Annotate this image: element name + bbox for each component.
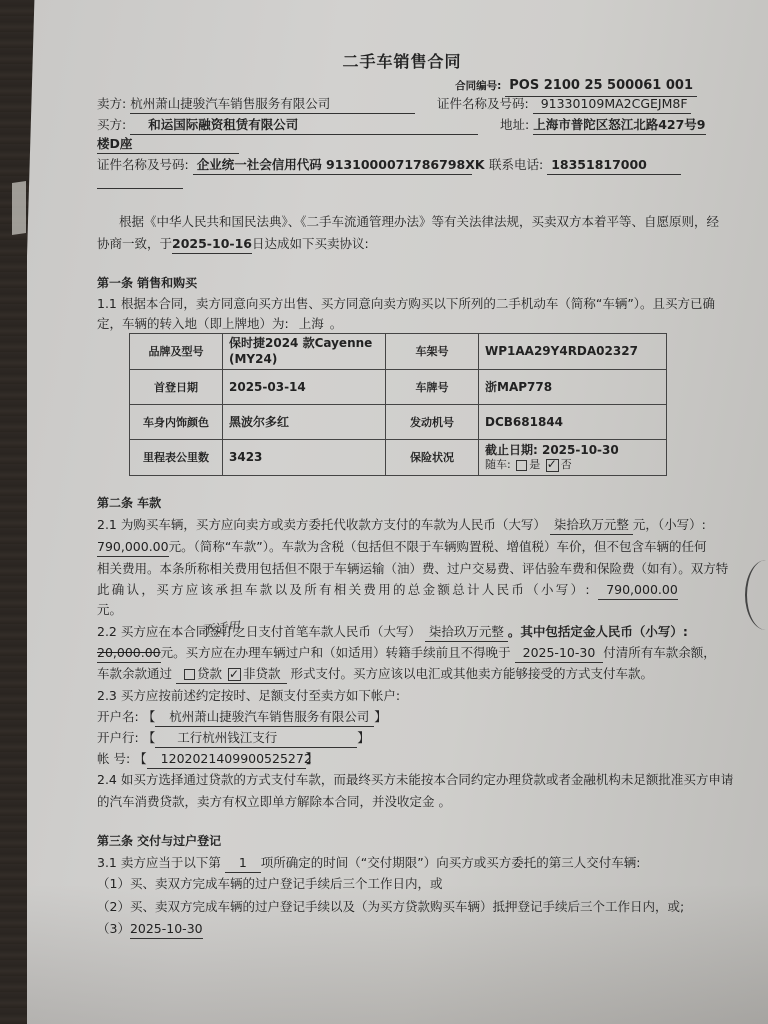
- seller-id-label: 证件名称及号码:: [437, 96, 529, 111]
- p23: 2.3 买方应按前述约定按时、足额支付至卖方如下帐户:: [97, 686, 400, 705]
- brand-model-label: 品牌及型号: [130, 334, 223, 370]
- article1-heading: 第一条 销售和购买: [97, 274, 197, 293]
- seller-row: 卖方: 杭州萧山捷骏汽车销售服务有限公司: [97, 94, 415, 114]
- phone-number: 18351817000: [547, 155, 681, 175]
- brand-model-value: 保时捷2024 款Cayenne (MY24): [223, 334, 386, 370]
- first-payment-words: 柒拾玖万元整: [425, 622, 508, 642]
- buyer-name: 和运国际融资租赁有限公司: [130, 115, 478, 135]
- phone-label: 联系电话:: [489, 157, 543, 172]
- payment-deadline: 2025-10-30: [515, 643, 604, 663]
- delivery-option-2: （2）买、卖双方完成车辆的过户登记手续以及（为买方贷款购买车辆）抵押登记手续后三…: [97, 897, 684, 916]
- p31: 3.1 卖方应当于以下第 1项所确定的时间（“交付期限”）向买方或买方委托的第三…: [97, 853, 640, 873]
- blank-underline: [97, 174, 183, 194]
- p22-line1: 2.2 买方应在本合同签订之日支付首笔车款人民币（大写） 柒拾玖万元整。其中包括…: [97, 622, 688, 642]
- buyer-address-line2: 楼D座: [97, 134, 239, 154]
- p22-line2: 20,000.00元。买方应在办理车辆过户和（如适用）转籍手续前且不得晚于 20…: [97, 643, 716, 663]
- p21-line3: 相关费用。本条所称相关费用包括但不限于车辆运输（油）费、过户交易费、评估验车费和…: [97, 559, 728, 578]
- account-name-row: 开户名: 【杭州萧山捷骏汽车销售服务有限公司】: [97, 707, 387, 727]
- buyer-id-label: 证件名称及号码:: [97, 157, 189, 172]
- paper-tab: [12, 181, 26, 235]
- article2-heading: 第二条 车款: [97, 494, 161, 513]
- insurance-follow-row: 随车: 是 否: [485, 458, 660, 473]
- table-row: 首登日期 2025-03-14 车牌号 浙MAP778: [130, 370, 667, 405]
- deposit-amount: 20,000.00: [97, 643, 161, 663]
- insurance-value: 截止日期: 2025-10-30 随车: 是 否: [479, 440, 667, 476]
- bank-name: 工行杭州钱江支行: [155, 728, 357, 748]
- vin-value: WP1AA29Y4RDA02327: [479, 334, 667, 370]
- insurance-expiry: 截止日期: 2025-10-30: [485, 442, 660, 458]
- buyer-label: 买方:: [97, 117, 126, 132]
- buyer-id-row: 证件名称及号码: 企业统一社会信用代码 9131000071786798XK: [97, 155, 472, 175]
- p21-line1: 2.1 为购买车辆，买方应向卖方或卖方委托代收款方支付的车款为人民币（大写） 柒…: [97, 515, 706, 535]
- delivery-option-1: （1）买、卖双方完成车辆的过户登记手续后三个工作日内，或: [97, 874, 442, 893]
- first-registration-label: 首登日期: [130, 370, 223, 405]
- article1-p1-line1: 1.1 根据本合同，卖方同意向买方出售、买方同意向卖方购买以下所列的二手机动车（…: [97, 294, 715, 313]
- plate-value: 浙MAP778: [479, 370, 667, 405]
- vin-label: 车架号: [386, 334, 479, 370]
- p22-line3: 车款余款通过 贷款 非贷款 形式支付。买方应该以电汇或其他卖方能够接受的方式支付…: [97, 664, 653, 684]
- p21-line4: 此确认，买方应该承担车款以及所有相关费用的总金额总计人民币（小写）: 790,0…: [97, 580, 678, 600]
- buyer-id: 企业统一社会信用代码 9131000071786798XK: [193, 155, 472, 175]
- mileage-label: 里程表公里数: [130, 440, 223, 476]
- account-number: 1202021409900525272: [147, 749, 306, 769]
- delivery-option-number: 1: [225, 853, 261, 873]
- agreement-date: 2025-10-16: [172, 234, 252, 254]
- account-name: 杭州萧山捷骏汽车销售服务有限公司: [155, 707, 374, 727]
- p21-line2: 790,000.00元。（简称“车款”）。车款为含税（包括但不限于车辆购置税、增…: [97, 537, 707, 557]
- buyer-address-cont: 楼D座: [97, 134, 239, 154]
- mileage-value: 3423: [223, 440, 386, 476]
- bank-row: 开户行: 【工行杭州钱江支行】: [97, 728, 370, 748]
- seller-label: 卖方:: [97, 96, 126, 111]
- total-amount: 790,000.00: [598, 580, 678, 600]
- handwritten-note: 不适用: [200, 618, 241, 642]
- color-label: 车身内饰颜色: [130, 405, 223, 440]
- seller-name: 杭州萧山捷骏汽车销售服务有限公司: [130, 94, 415, 114]
- non-loan-checkbox[interactable]: [228, 668, 241, 681]
- seller-id-row: 证件名称及号码: 91330109MA2CGEJM8F: [437, 94, 691, 114]
- engine-no-value: DCB681844: [479, 405, 667, 440]
- table-row: 车身内饰颜色 黑波尔多红 发动机号 DCB681844: [130, 405, 667, 440]
- buyer-address-row: 地址: 上海市普陀区怒江北路427号9: [500, 115, 706, 135]
- buyer-address: 上海市普陀区怒江北路427号9: [533, 115, 705, 135]
- destination-city: 上海: [293, 314, 330, 334]
- delivery-option-3: （3）2025-10-30: [97, 919, 203, 939]
- phone-row: 联系电话: 18351817000: [489, 155, 681, 175]
- account-number-row: 帐 号: 【1202021409900525272】: [97, 749, 318, 769]
- price-amount: 790,000.00: [97, 537, 169, 557]
- vehicle-info-table: 品牌及型号 保时捷2024 款Cayenne (MY24) 车架号 WP1AA2…: [129, 333, 667, 476]
- p24-line1: 2.4 如买方选择通过贷款的方式支付车款，而最终买方未能按本合同约定办理贷款或者…: [97, 770, 733, 789]
- first-registration-value: 2025-03-14: [223, 370, 386, 405]
- buyer-address-label: 地址:: [500, 117, 529, 132]
- intro-line-2: 协商一致，于2025-10-16日达成如下买卖协议:: [97, 234, 369, 254]
- document-title: 二手车销售合同: [97, 50, 707, 75]
- insurance-no-checkbox[interactable]: [546, 459, 559, 472]
- p24-line2: 的汽车消费贷款，卖方有权立即单方解除本合同，并没收定金 。: [97, 792, 451, 811]
- table-row: 里程表公里数 3423 保险状况 截止日期: 2025-10-30 随车: 是 …: [130, 440, 667, 476]
- buyer-row: 买方: 和运国际融资租赁有限公司: [97, 115, 478, 135]
- plate-label: 车牌号: [386, 370, 479, 405]
- insurance-yes-checkbox[interactable]: [516, 460, 527, 471]
- article3-heading: 第三条 交付与过户登记: [97, 832, 221, 851]
- article1-p1-line2: 定，车辆的转入地（即上牌地）为: 上海。: [97, 314, 342, 334]
- p21-line5: 元。: [97, 600, 122, 619]
- delivery-date: 2025-10-30: [130, 919, 203, 939]
- engine-no-label: 发动机号: [386, 405, 479, 440]
- insurance-label: 保险状况: [386, 440, 479, 476]
- contract-number-label: 合同编号:: [455, 80, 501, 92]
- price-in-words: 柒拾玖万元整: [550, 515, 633, 535]
- loan-checkbox[interactable]: [184, 669, 195, 680]
- intro-line-1: 根据《中华人民共和国民法典》、《二手车流通管理办法》等有关法律法规，买卖双方本着…: [119, 212, 719, 231]
- seller-id: 91330109MA2CGEJM8F: [533, 94, 691, 114]
- color-value: 黑波尔多红: [223, 405, 386, 440]
- table-row: 品牌及型号 保时捷2024 款Cayenne (MY24) 车架号 WP1AA2…: [130, 334, 667, 370]
